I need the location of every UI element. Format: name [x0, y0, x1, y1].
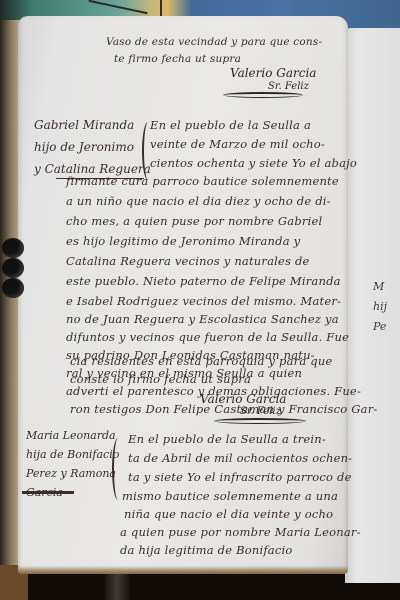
- signature-rubric: Sr. Feliz: [240, 406, 281, 417]
- text-line: te firmo fecha ut supra: [114, 53, 241, 65]
- text-line: difuntos y vecinos que fueron de la Seul…: [66, 330, 349, 344]
- text-line: a un niño que nacio el dia diez y ocho d…: [66, 194, 331, 208]
- rubric-flourish: [214, 418, 306, 424]
- text-line: a quien puse por nombre Maria Leonar-: [120, 525, 361, 539]
- text-line: no de Juan Reguera y Escolastica Sanchez…: [66, 312, 339, 326]
- margin-note-line: Perez y Ramona: [26, 464, 119, 483]
- text-line: firmante cura parroco bautice solemnemen…: [66, 174, 339, 188]
- binding-ring: [2, 278, 24, 298]
- facing-page: M hij Pe: [345, 28, 400, 583]
- facing-page-fragment: Pe: [373, 320, 386, 333]
- text-line: Catalina Reguera vecinos y naturales de: [66, 254, 310, 268]
- text-line: es hijo legitimo de Jeronimo Miranda y: [66, 234, 300, 248]
- text-line: En el pueblo de la Seulla a trein-: [128, 432, 326, 446]
- margin-note-line: Maria Leonarda: [26, 426, 119, 445]
- facing-page-fragment: M: [373, 280, 384, 293]
- text-line: ta de Abril de mil ochocientos ochen-: [128, 451, 352, 465]
- signature: Valerio Garcia: [230, 66, 316, 80]
- signature: Valerio Garcia: [200, 392, 286, 406]
- text-line: En el pueblo de la Seulla a: [150, 118, 311, 132]
- margin-note: Gabriel Miranda hijo de Jeronimo y Catal…: [34, 114, 151, 180]
- text-line: da hija legitima de Bonifacio: [120, 543, 293, 557]
- text-line: cia residentes en esta parroquia y para …: [70, 354, 332, 368]
- margin-note-line: Gabriel Miranda: [34, 114, 151, 136]
- signature-rubric: Sr. Feliz: [268, 81, 309, 92]
- margin-note-line: hija de Bonifacio: [26, 445, 119, 464]
- book-binding-rings: [0, 238, 26, 300]
- underline: [22, 491, 74, 494]
- text-line: cho mes, a quien puse por nombre Gabriel: [66, 214, 322, 228]
- text-line: ta y siete Yo el infrascrito parroco de: [128, 470, 352, 484]
- margin-note-line: hijo de Jeronimo: [34, 136, 151, 158]
- background-stick: [88, 0, 147, 14]
- rubric-flourish: [223, 92, 303, 98]
- facing-page-fragment: hij: [373, 300, 387, 313]
- text-line: Vaso de esta vecindad y para que cons-: [106, 36, 322, 48]
- page-edge-stain: [18, 566, 348, 574]
- text-line: mismo bautice solemnemente a una: [122, 489, 338, 503]
- text-line: e Isabel Rodriguez vecinos del mismo. Ma…: [66, 294, 341, 308]
- text-line: cientos ochenta y siete Yo el abajo: [150, 156, 357, 170]
- text-line: niña que nacio el dia veinte y ocho: [124, 507, 333, 521]
- text-line: veinte de Marzo de mil ocho-: [150, 137, 325, 151]
- binding-ring: [2, 258, 24, 278]
- text-line: conste lo firmo fecha ut supra: [70, 372, 251, 386]
- binding-ring: [2, 238, 24, 258]
- text-line: este pueblo. Nieto paterno de Felipe Mir…: [66, 274, 341, 288]
- background-stick: [160, 0, 162, 16]
